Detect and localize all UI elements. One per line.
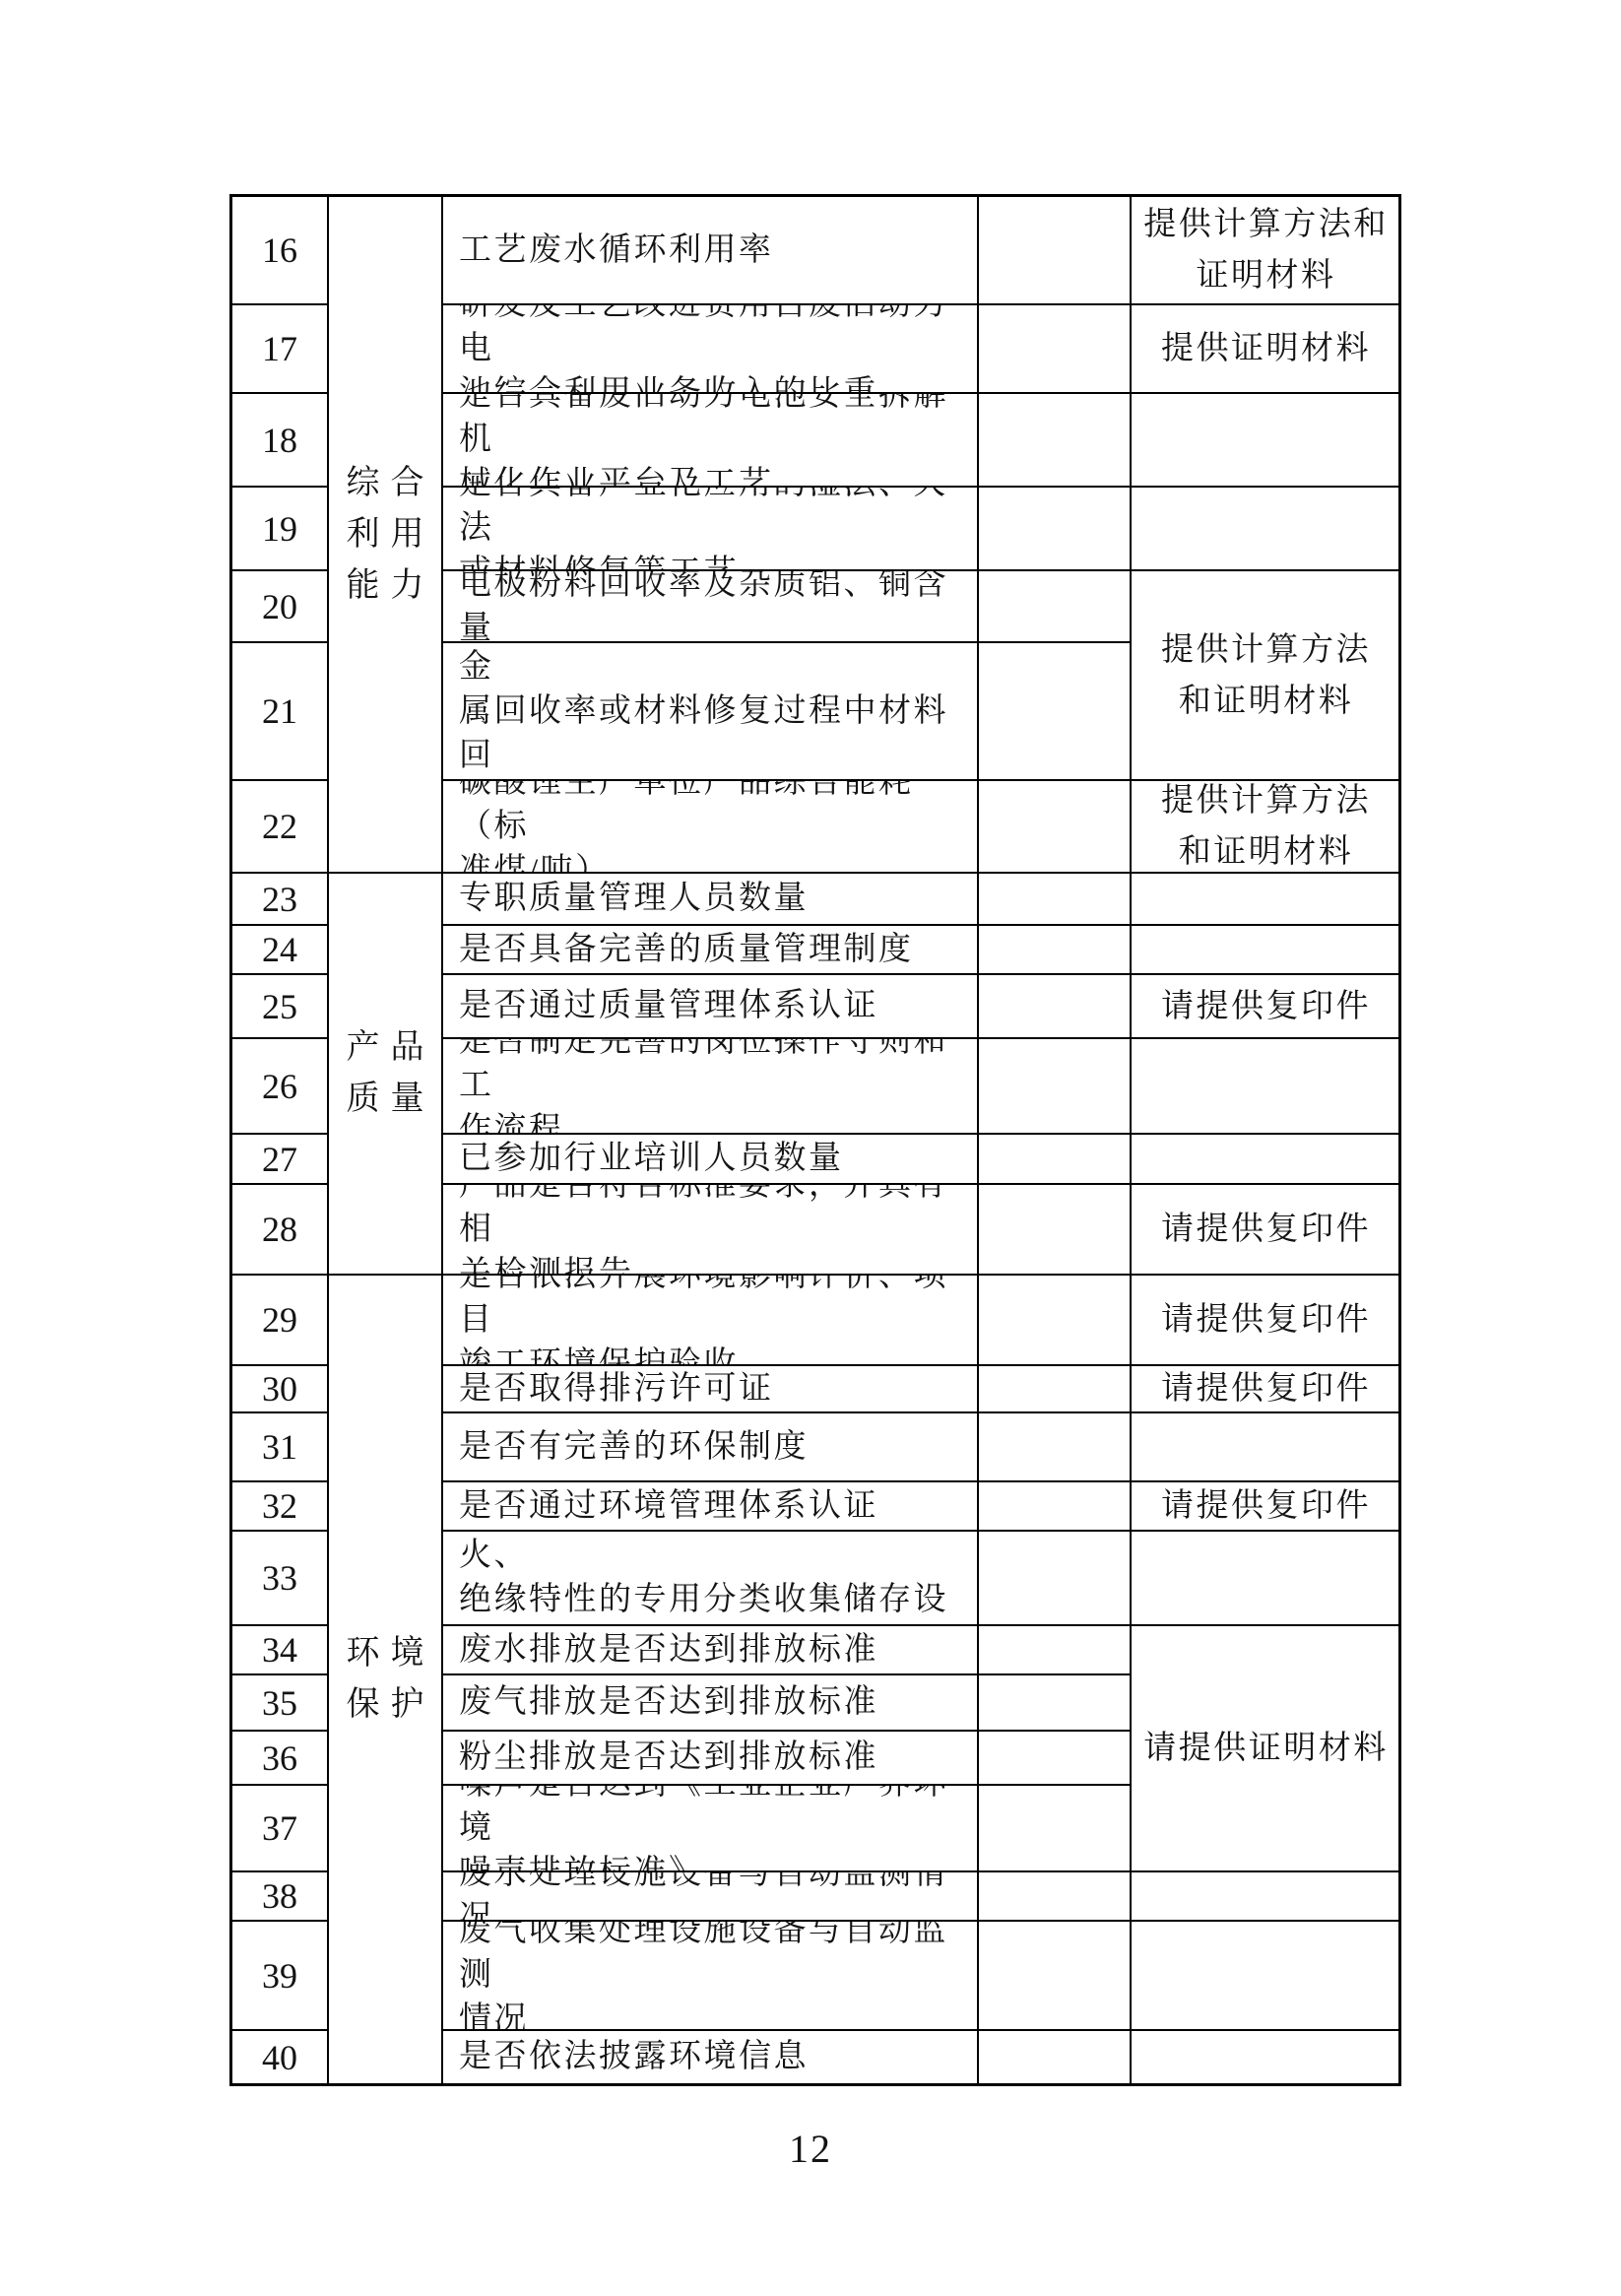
row-number-cell: 37 [232,1786,329,1872]
row-number-cell: 23 [232,874,329,926]
note-cell: 请提供复印件 [1132,1185,1398,1276]
note-cell: 提供证明材料 [1132,305,1398,394]
item-text-cell: 碳酸锂生产单位产品综合能耗（标 准煤/吨） [443,781,979,874]
item-text-cell: 电极粉料回收率及杂质铝、铜含量 [443,571,979,643]
item-text-cell: 产品是否符合标准要求，并具有相 关检测报告 [443,1185,979,1276]
answer-cell [979,1366,1132,1413]
item-text-cell: 是否制定完善的岗位操作守则和工 作流程 [443,1039,979,1135]
note-cell [1132,1135,1398,1185]
item-text-cell: 工艺废水循环利用率 [443,197,979,305]
answer-cell [979,1276,1132,1366]
item-text-cell: 废气排放是否达到排放标准 [443,1675,979,1732]
row-number-cell: 32 [232,1482,329,1532]
row-number-cell: 39 [232,1922,329,2031]
row-number-cell: 38 [232,1872,329,1922]
category-label-cell: 环境保护 [329,1276,443,2083]
row-number-cell: 18 [232,394,329,488]
note-cell: 提供计算方法 和证明材料 [1132,781,1398,874]
note-cell [1132,874,1398,926]
note-cell: 请提供复印件 [1132,1366,1398,1413]
item-text-cell: 废水排放是否达到排放标准 [443,1626,979,1675]
answer-cell [979,571,1132,643]
item-text-cell: 是否具备完善的质量管理制度 [443,926,979,975]
item-text-cell: 是否有完善的环保制度 [443,1413,979,1482]
note-cell [1132,926,1398,975]
answer-cell [979,1185,1132,1276]
row-number-cell: 33 [232,1532,329,1626]
item-text-cell: 废水处理设施设备与自动监测情况 [443,1872,979,1922]
answer-cell [979,2031,1132,2083]
answer-cell [979,874,1132,926]
row-number-cell: 35 [232,1675,329,1732]
item-text-cell: 是否具备产业化应用的湿法、火法 或材料修复等工艺 [443,488,979,571]
answer-cell [979,781,1132,874]
category-label-line: 保护 [336,1679,435,1731]
note-cell: 请提供复印件 [1132,975,1398,1039]
row-number-cell: 31 [232,1413,329,1482]
answer-cell [979,1039,1132,1135]
item-text-cell: 是否依法开展环境影响评价、项目 竣工环境保护验收 [443,1276,979,1366]
item-text-cell: 是否通过质量管理体系认证 [443,975,979,1039]
answer-cell [979,305,1132,394]
row-number-cell: 16 [232,197,329,305]
checklist-table: 16工艺废水循环利用率提供计算方法和 证明材料17研发及工艺改进费用占废旧动力电… [229,194,1401,2086]
note-cell [1132,1532,1398,1626]
row-number-cell: 29 [232,1276,329,1366]
item-text-cell: 粉尘排放是否达到排放标准 [443,1732,979,1786]
answer-cell [979,1675,1132,1732]
answer-cell [979,1413,1132,1482]
row-number-cell: 27 [232,1135,329,1185]
answer-cell [979,975,1132,1039]
note-cell [1132,2031,1398,2083]
item-text-cell: 研发及工艺改进费用占废旧动力电 池综合利用业务收入的比重 [443,305,979,394]
note-cell: 请提供复印件 [1132,1276,1398,1366]
note-cell [1132,1872,1398,1922]
item-text-cell: 噪声是否达到《工业企业厂界环境 噪声排放标准》 [443,1786,979,1872]
page-number: 12 [0,2126,1621,2172]
note-cell: 提供计算方法 和证明材料 [1132,571,1398,781]
answer-cell [979,643,1132,781]
item-text-cell: 已参加行业培训人员数量 [443,1135,979,1185]
document-page: 16工艺废水循环利用率提供计算方法和 证明材料17研发及工艺改进费用占废旧动力电… [0,0,1621,2296]
row-number-cell: 20 [232,571,329,643]
answer-cell [979,1532,1132,1626]
answer-cell [979,1786,1132,1872]
answer-cell [979,1872,1132,1922]
note-cell: 请提供复印件 [1132,1482,1398,1532]
row-number-cell: 25 [232,975,329,1039]
answer-cell [979,197,1132,305]
category-label-line: 综合 [336,458,435,509]
answer-cell [979,1626,1132,1675]
row-number-cell: 21 [232,643,329,781]
row-number-cell: 26 [232,1039,329,1135]
row-number-cell: 30 [232,1366,329,1413]
row-number-cell: 34 [232,1626,329,1675]
row-number-cell: 28 [232,1185,329,1276]
item-text-cell: 是否依法披露环境信息 [443,2031,979,2083]
answer-cell [979,1922,1132,2031]
category-label-cell: 产品质量 [329,874,443,1276]
answer-cell [979,1135,1132,1185]
note-cell: 请提供证明材料 [1132,1626,1398,1872]
item-text-cell: 废气收集处理设施设备与自动监测 情况 [443,1922,979,2031]
row-number-cell: 22 [232,781,329,874]
category-label-line: 质量 [336,1074,435,1125]
answer-cell [979,926,1132,975]
answer-cell [979,488,1132,571]
row-number-cell: 19 [232,488,329,571]
item-text-cell: 是否通过环境管理体系认证 [443,1482,979,1532]
answer-cell [979,1482,1132,1532]
answer-cell [979,1732,1132,1786]
item-text-cell: 冶炼过程锂、镍、钴、锰等有价金 属回收率或材料修复过程中材料回 收率 [443,643,979,781]
category-label-line: 环境 [336,1628,435,1679]
item-text-cell: 专职质量管理人员数量 [443,874,979,926]
category-label-line: 利用 [336,509,435,560]
note-cell [1132,488,1398,571]
row-number-cell: 36 [232,1732,329,1786]
row-number-cell: 17 [232,305,329,394]
row-number-cell: 24 [232,926,329,975]
category-label-line: 产品 [336,1022,435,1074]
row-number-cell: 40 [232,2031,329,2083]
note-cell [1132,1039,1398,1135]
item-text-cell: 是否配备具备耐腐蚀、坚固、防火、 绝缘特性的专用分类收集储存设施 [443,1532,979,1626]
note-cell: 提供计算方法和 证明材料 [1132,197,1398,305]
category-label-line: 能力 [336,560,435,612]
answer-cell [979,394,1132,488]
item-text-cell: 是否取得排污许可证 [443,1366,979,1413]
note-cell [1132,394,1398,488]
note-cell [1132,1922,1398,2031]
note-cell [1132,1413,1398,1482]
item-text-cell: 是否具备废旧动力电池安全拆解机 械化作业平台及工艺 [443,394,979,488]
category-label-cell: 综合利用能力 [329,197,443,874]
